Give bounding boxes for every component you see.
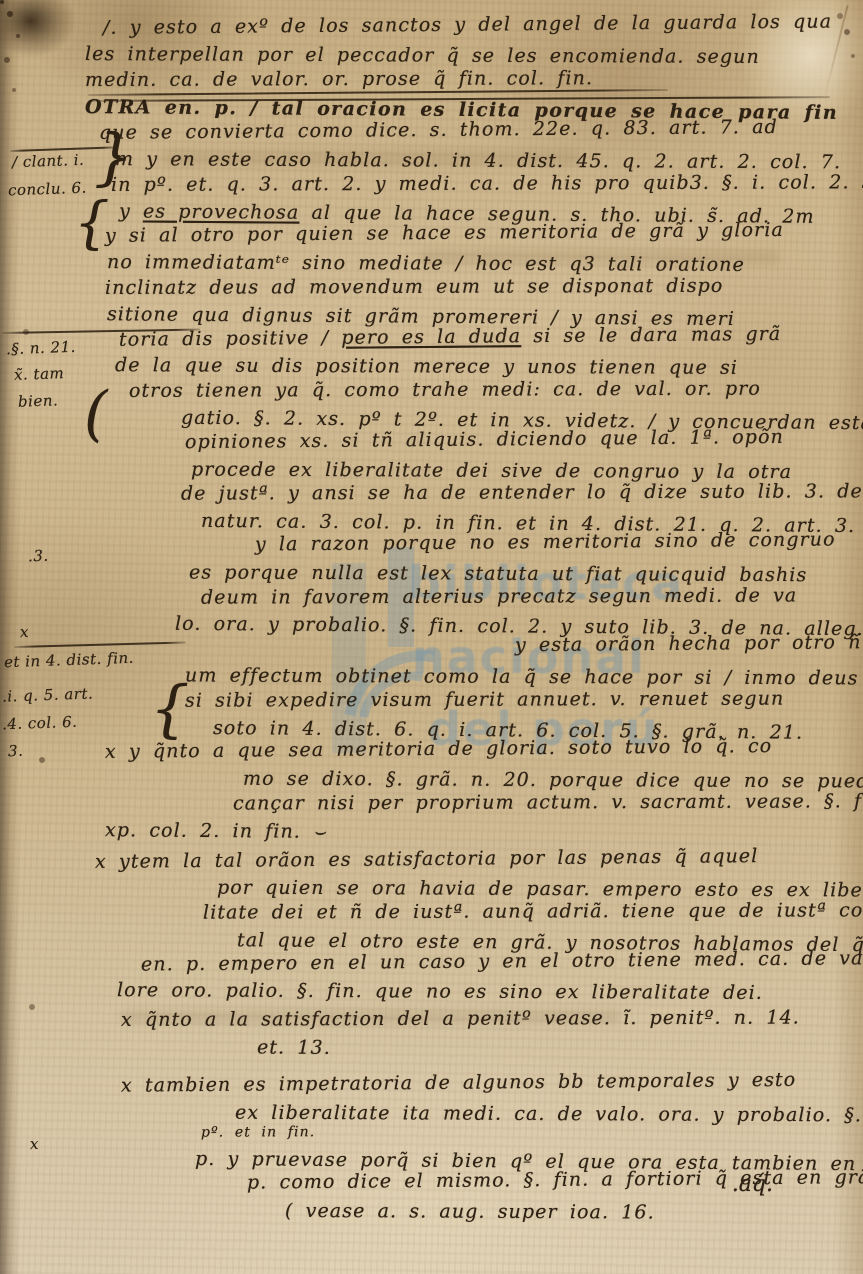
manuscript-line: de justª. y ansi se ha de entender lo q̃… [85,480,847,508]
margin-note: .§. n. 21. [6,339,76,357]
margin-note: / clant. i. [12,152,85,171]
margin-note: x [20,624,30,640]
corner-stain [0,0,76,58]
manuscript-line: litate dei et ñ de iustª. aunq̃ adriã. t… [85,898,847,926]
manuscript-line: medin. ca. de valor. or. prose q̃ fin. c… [85,65,847,93]
manuscript-line: pº. et in fin. [85,1123,847,1143]
manuscript-line: /. y esto a exº de los sanctos y del ang… [85,9,847,41]
catchword: .aq́. [732,1172,773,1197]
ink-specks [0,0,4,4]
margin-note: x [30,1136,40,1152]
manuscript-line: inclinatz deus ad movendum eum ut se dis… [85,273,847,301]
manuscript-line: cançar nisi per proprium actum. v. sacra… [85,789,847,817]
manuscript-line: in pº. et. q. 3. art. 2. y medi. ca. de … [85,170,847,198]
margin-note: .3. [28,548,49,565]
brace-mark: { [150,678,189,740]
manuscript-line: x ytem la tal orãon es satisfactoria por… [85,843,847,875]
manuscript-line: que se convierta como dice. s. thom. 22e… [85,115,847,147]
manuscript-line: x q̃nto a la satisfaction del a penitº v… [85,1006,847,1034]
margin-note: .i. q. 5. art. [2,685,94,704]
manuscript-line: deum in favorem alterius precatz segun m… [85,583,847,611]
margin-note: .4. col. 6. [2,714,78,733]
manuscript-line: y esta orãon hecha por otro ñ semper su [85,630,847,662]
manuscript-line: ( vease a. s. aug. super ioa. 16. [85,1198,847,1227]
brace-mark: } [94,126,133,188]
margin-note: x̃. tam [14,365,65,383]
manuscript-line: x y q̃nto a que sea meritoria de gloria.… [85,734,847,766]
manuscript-line: x tambien es impetratoria de algunos bb … [85,1067,847,1099]
margin-note: et in 4. dist. fin. [4,650,134,671]
manuscript-line: otros tienen ya q̃. como trahe medi: ca.… [85,376,847,404]
manuscript-line: si sibi expedire visum fuerit annuet. v.… [85,686,847,714]
margin-note: bien. [18,392,59,409]
manuscript-line: y si al otro por quien se hace es merito… [85,218,847,250]
brace-mark: { [74,196,110,252]
brace-mark: ( [84,384,107,444]
manuscript-page: biblioteca nacional del perú /. y esto a… [0,0,863,1274]
manuscript-line: lore oro. palio. §. fin. que no es sino … [85,978,847,1007]
manuscript-line: y la razon porque no es meritoria sino d… [85,527,847,559]
margin-note: 3. [8,743,24,760]
manuscript-line: et. 13. [85,1034,847,1066]
text-block: /. y esto a exº de los sanctos y del ang… [85,16,847,1224]
